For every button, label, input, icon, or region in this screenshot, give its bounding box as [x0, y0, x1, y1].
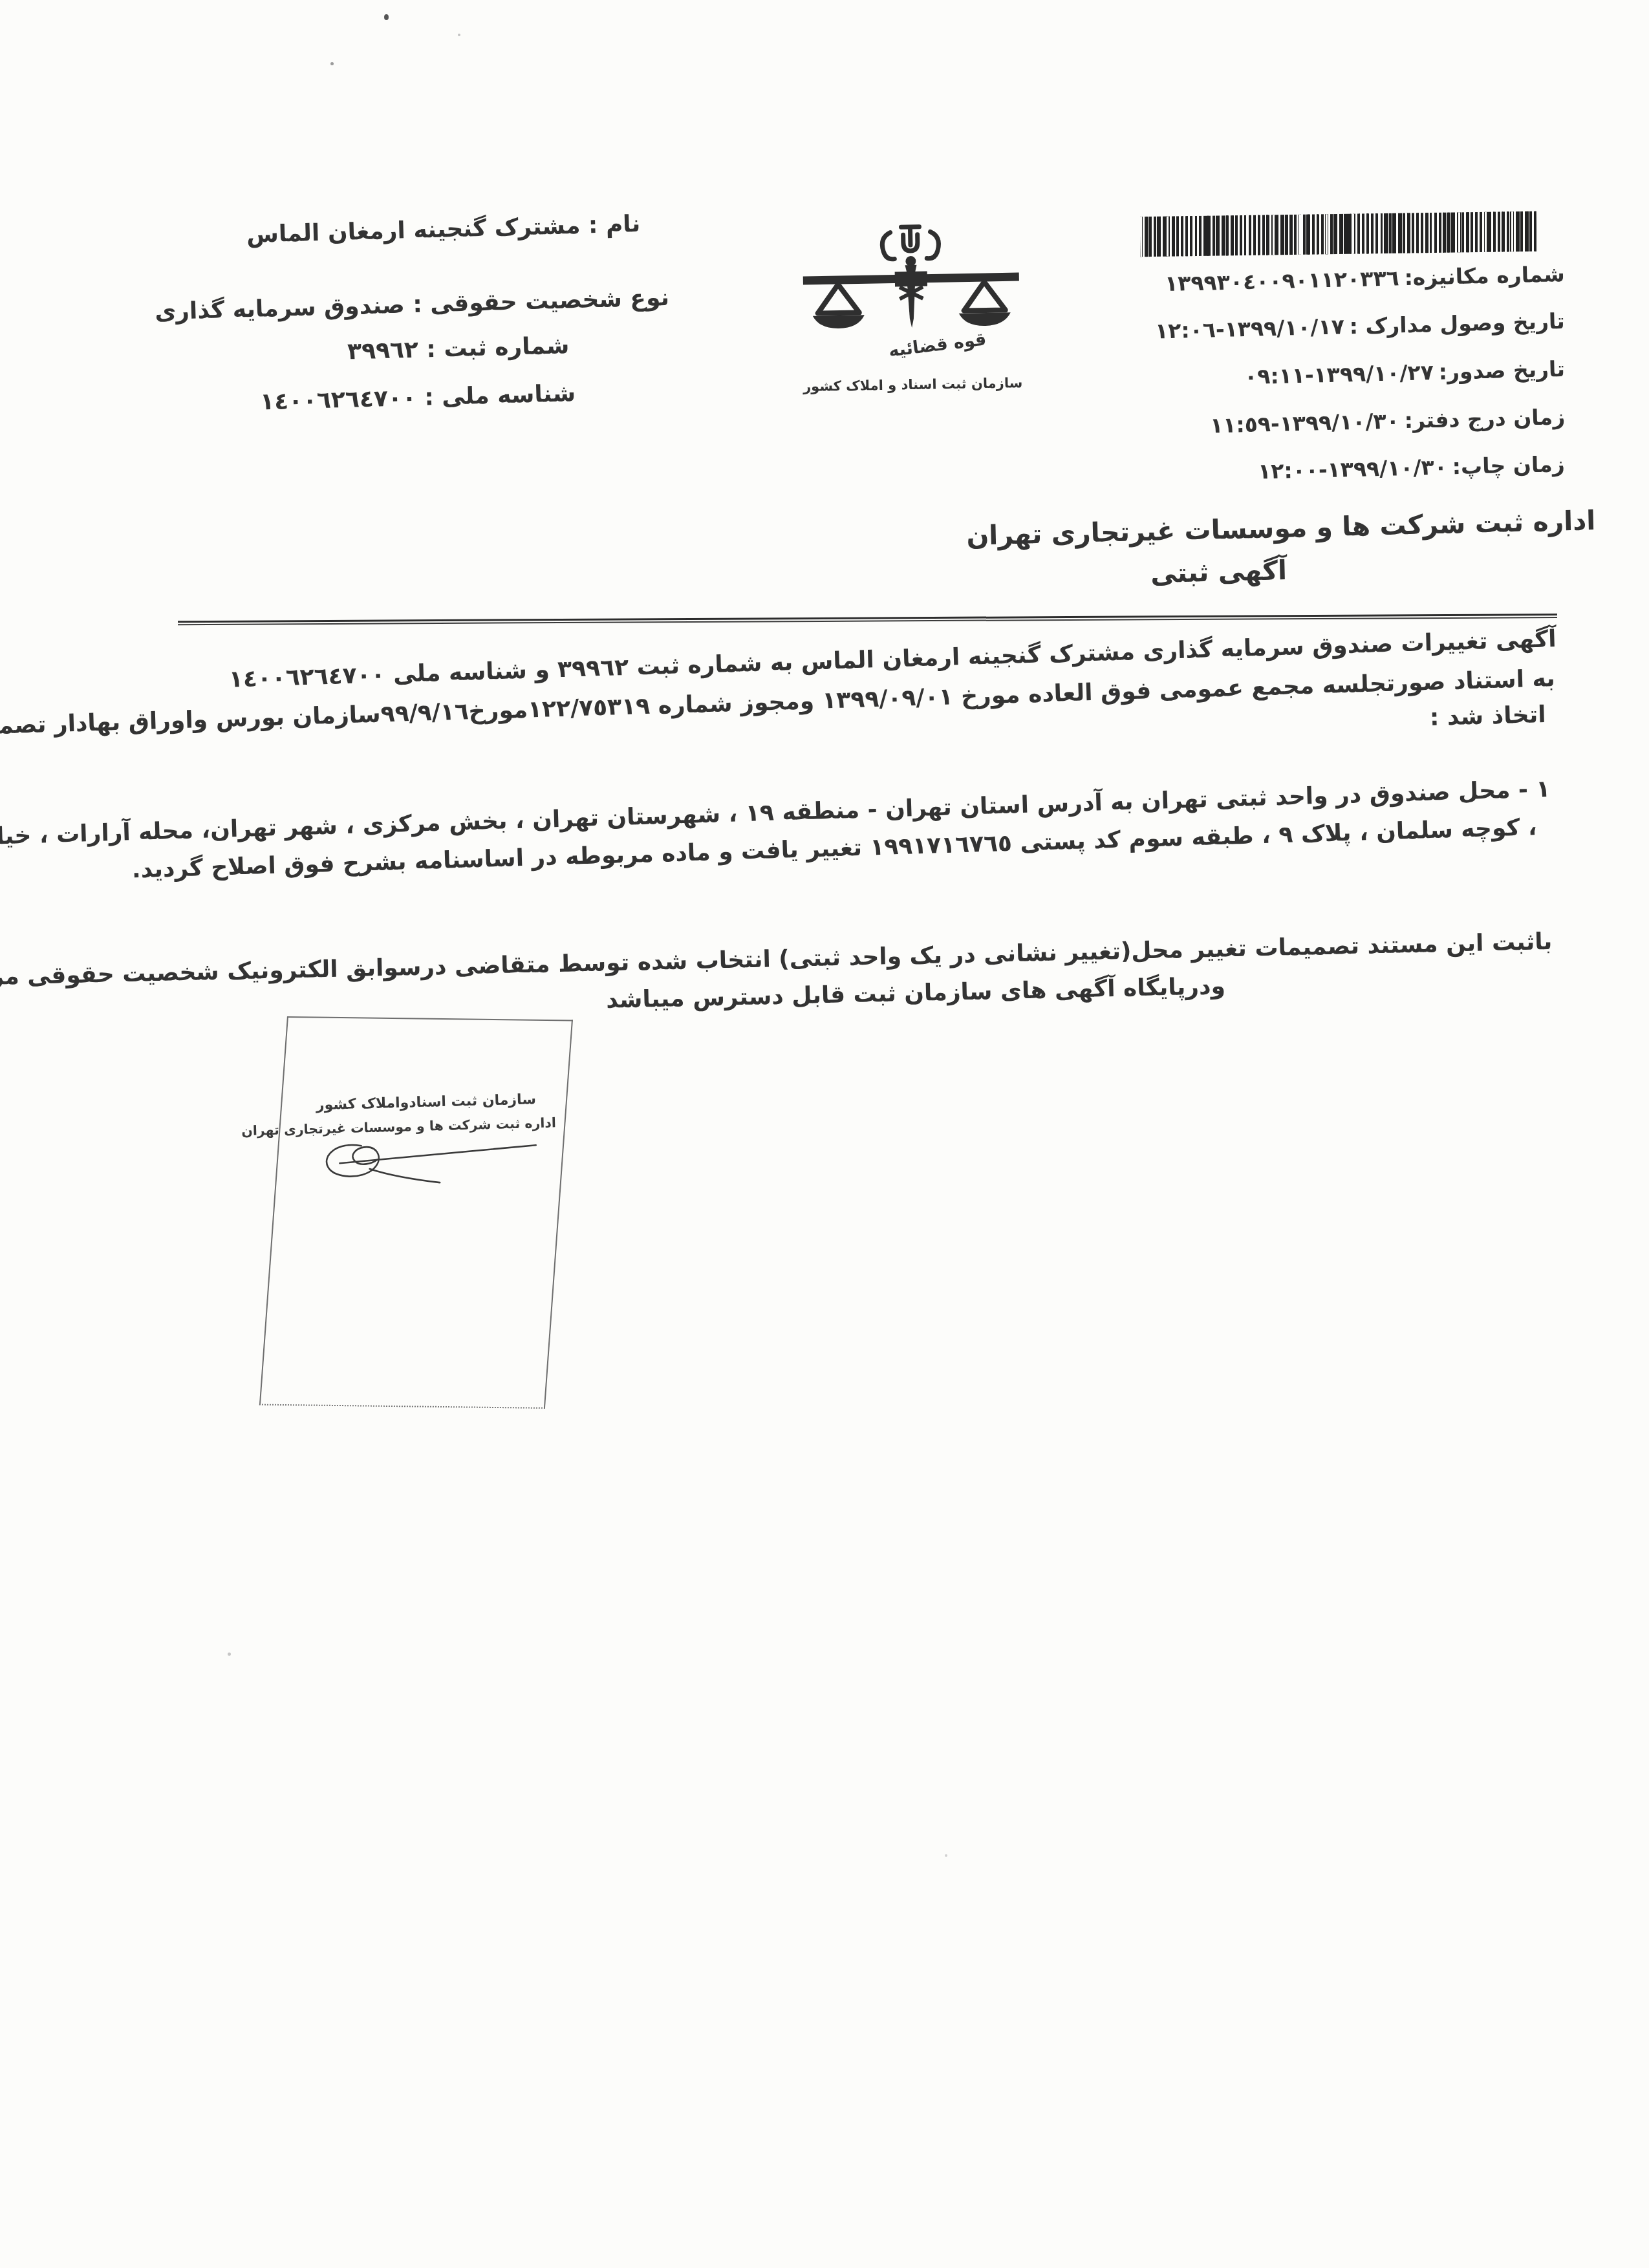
notice-type-title: آگهی ثبتی: [1150, 555, 1287, 589]
registration-organization-name: سازمان ثبت اسناد و املاک کشور: [793, 375, 1033, 394]
meta-label: تاریخ وصول مدارک :: [1350, 308, 1566, 339]
official-stamp-box: سازمان ثبت اسنادواملاک کشور اداره ثبت شر…: [259, 1016, 573, 1409]
meta-label: زمان درج دفتر:: [1404, 404, 1565, 433]
notice-footer-line: ودرپایگاه آگهی های سازمان ثبت قابل دسترس…: [606, 973, 1225, 1014]
meta-label: تاریخ صدور:: [1438, 356, 1565, 385]
meta-ledger-entry-time: زمان درج دفتر:١٣٩٩/١٠/٣٠-١١:٥٩: [1210, 404, 1566, 438]
meta-label: زمان چاپ:: [1452, 451, 1566, 479]
meta-value: ١٣٩٩/١٠/٣٠-١١:٥٩: [1210, 408, 1400, 438]
barcode-image: [1140, 211, 1537, 257]
meta-mechanized-number: شماره مکانیزه:١٣٩٩٣٠٤٠٠٩٠١١٢٠٣٣٦: [1165, 261, 1565, 296]
scales-of-justice-icon: [790, 220, 1031, 334]
scanned-document-page: نام : مشترک گنجینه ارمغان الماس نوع شخصی…: [0, 0, 1649, 2268]
meta-print-time: زمان چاپ:١٣٩٩/١٠/٣٠-١٢:٠٠: [1258, 451, 1566, 484]
signature-icon: [310, 1128, 544, 1188]
meta-value: ١٣٩٩/١٠/١٧-١٢:٠٦: [1155, 314, 1345, 343]
meta-value: ١٣٩٩/١٠/٢٧-٠٩:١١: [1244, 359, 1434, 389]
judiciary-name-calligraphy: قوه قضائیه: [887, 329, 987, 361]
issuing-office-title: اداره ثبت شرکت ها و موسسات غیرتجاری تهرا…: [965, 505, 1595, 551]
scan-speck: [945, 1854, 947, 1857]
meta-issue-date: تاریخ صدور:١٣٩٩/١٠/٢٧-٠٩:١١: [1244, 356, 1566, 389]
meta-label: شماره مکانیزه:: [1405, 261, 1566, 290]
meta-value: ١٣٩٩٣٠٤٠٠٩٠١١٢٠٣٣٦: [1165, 265, 1399, 296]
header-separator-rule: [178, 614, 1557, 625]
entity-national-id: شناسه ملی : ١٤٠٠٦٢٦٤٧٠٠: [260, 380, 576, 416]
scan-speck: [330, 62, 334, 65]
scan-speck: [384, 14, 389, 20]
entity-registration-number: شماره ثبت : ٣٩٩٦٢: [347, 332, 569, 365]
entity-name: نام : مشترک گنجینه ارمغان الماس: [246, 211, 640, 248]
judiciary-logo: قوه قضائیه سازمان ثبت اسناد و املاک کشور: [790, 220, 1033, 424]
meta-value: ١٣٩٩/١٠/٣٠-١٢:٠٠: [1258, 454, 1448, 484]
stamp-content: سازمان ثبت اسنادواملاک کشور اداره ثبت شر…: [297, 1091, 558, 1188]
stamp-organization-line: سازمان ثبت اسنادواملاک کشور: [297, 1091, 556, 1113]
entity-legal-type: نوع شخصیت حقوقی : صندوق سرمایه گذاری: [155, 284, 670, 325]
notice-intro-line: اتخاذ شد :: [1429, 701, 1546, 731]
scan-speck: [228, 1653, 231, 1656]
meta-documents-received-date: تاریخ وصول مدارک :١٣٩٩/١٠/١٧-١٢:٠٦: [1155, 308, 1565, 343]
scan-speck: [458, 34, 460, 36]
